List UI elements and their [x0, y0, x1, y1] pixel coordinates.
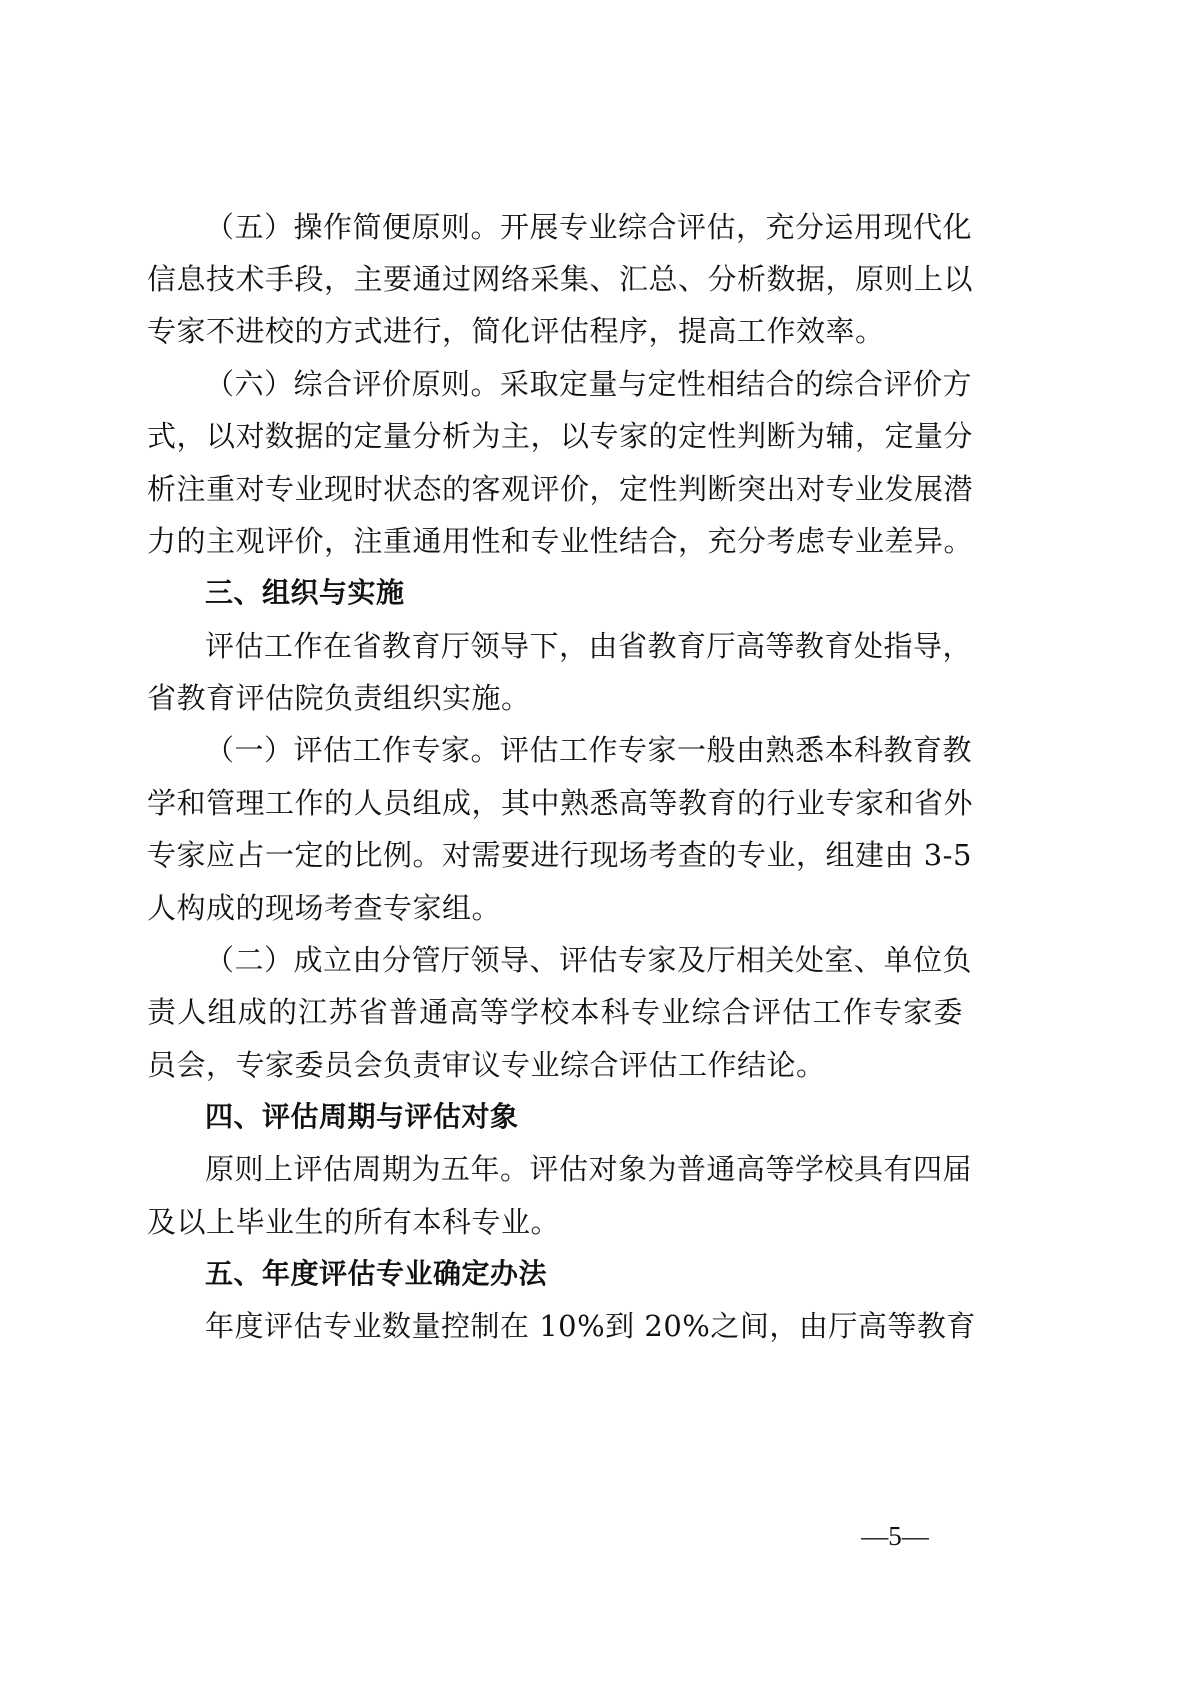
paragraph-line: （二）成立由分管厅领导、评估专家及厅相关处室、单位负 [205, 940, 963, 980]
paragraph-line: （一）评估工作专家。评估工作专家一般由熟悉本科教育教 [205, 730, 963, 770]
paragraph-line: 年度评估专业数量控制在 10%到 20%之间，由厅高等教育 [205, 1306, 963, 1346]
paragraph-line: （五）操作简便原则。开展专业综合评估，充分运用现代化 [205, 207, 963, 247]
paragraph-line: 信息技术手段，主要通过网络采集、汇总、分析数据，原则上以 [147, 259, 963, 299]
page-number: —5— [840, 1518, 950, 1554]
section-heading: 三、组织与实施 [205, 573, 963, 613]
paragraph-line: 力的主观评价，注重通用性和专业性结合，充分考虑专业差异。 [147, 521, 963, 561]
paragraph-line: 析注重对专业现时状态的客观评价，定性判断突出对专业发展潜 [147, 469, 963, 509]
paragraph-line: 专家应占一定的比例。对需要进行现场考查的专业，组建由 3-5 [147, 835, 963, 875]
paragraph-line: 省教育评估院负责组织实施。 [147, 678, 963, 718]
paragraph-line: 员会，专家委员会负责审议专业综合评估工作结论。 [147, 1045, 963, 1085]
paragraph-line: 评估工作在省教育厅领导下，由省教育厅高等教育处指导， [205, 626, 963, 666]
document-page: （五）操作简便原则。开展专业综合评估，充分运用现代化信息技术手段，主要通过网络采… [0, 0, 1190, 1684]
paragraph-line: 原则上评估周期为五年。评估对象为普通高等学校具有四届 [205, 1149, 963, 1189]
paragraph-line: 学和管理工作的人员组成，其中熟悉高等教育的行业专家和省外 [147, 783, 963, 823]
paragraph-line: 及以上毕业生的所有本科专业。 [147, 1202, 963, 1242]
paragraph-line: 专家不进校的方式进行，简化评估程序，提高工作效率。 [147, 311, 963, 351]
paragraph-line: 式，以对数据的定量分析为主，以专家的定性判断为辅，定量分 [147, 416, 963, 456]
paragraph-line: 人构成的现场考查专家组。 [147, 888, 963, 928]
section-heading: 五、年度评估专业确定办法 [205, 1254, 963, 1294]
section-heading: 四、评估周期与评估对象 [205, 1097, 963, 1137]
paragraph-line: （六）综合评价原则。采取定量与定性相结合的综合评价方 [205, 364, 963, 404]
paragraph-line: 责人组成的江苏省普通高等学校本科专业综合评估工作专家委 [147, 992, 963, 1032]
